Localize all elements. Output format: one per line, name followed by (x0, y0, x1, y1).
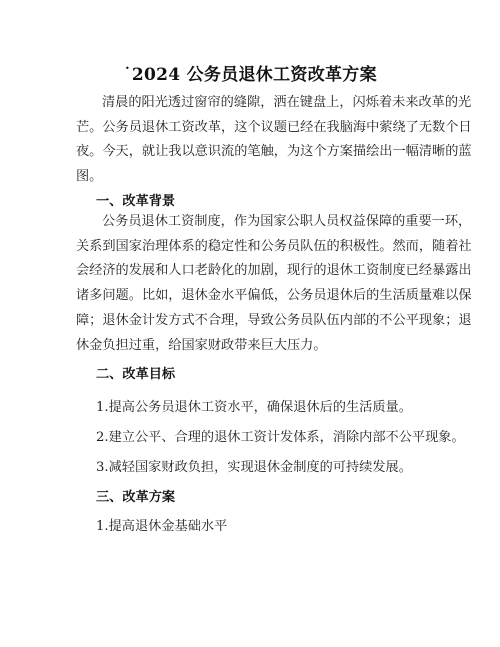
text-line: 休金负担过重，给国家财政带来巨大压力。 (76, 334, 426, 359)
goal-item: 1.提高公务员退休工资水平，确保退休后的生活质量。 (96, 396, 412, 415)
text-line: 夜。今天，就让我以意识流的笔触，为这个方案描绘出一幅清晰的蓝 (76, 140, 426, 165)
background-paragraph: 公务员退休工资制度，作为国家公职人员权益保障的重要一环， 关系到国家治理体系的稳… (76, 210, 426, 358)
section-heading-background: 一、改革背景 (96, 190, 175, 209)
text-line: 芒。公务员退休工资改革，这个议题已经在我脑海中萦绕了无数个日 (76, 116, 426, 141)
section-heading-plan: 三、改革方案 (96, 486, 175, 505)
text-line: 图。 (76, 165, 426, 190)
text-line: 关系到国家治理体系的稳定性和公务员队伍的积极性。然而，随着社 (76, 235, 426, 260)
plan-item: 1.提高退休金基础水平 (96, 515, 227, 534)
document-title: ˙2024 公务员退休工资改革方案 (0, 60, 500, 85)
goal-item: 2.建立公平、合理的退休工资计发体系，消除内部不公平现象。 (96, 426, 465, 445)
text-line: 清晨的阳光透过窗帘的缝隙，洒在键盘上，闪烁着未来改革的光 (76, 91, 426, 116)
text-line: 公务员退休工资制度，作为国家公职人员权益保障的重要一环， (76, 210, 426, 235)
section-heading-goals: 二、改革目标 (96, 363, 175, 382)
text-line: 诸多问题。比如，退休金水平偏低，公务员退休后的生活质量难以保 (76, 284, 426, 309)
document-page: ˙2024 公务员退休工资改革方案 清晨的阳光透过窗帘的缝隙，洒在键盘上，闪烁着… (0, 0, 500, 647)
intro-paragraph: 清晨的阳光透过窗帘的缝隙，洒在键盘上，闪烁着未来改革的光 芒。公务员退休工资改革… (76, 91, 426, 190)
text-line: 障；退休金计发方式不合理，导致公务员队伍内部的不公平现象；退 (76, 309, 426, 334)
goal-item: 3.减轻国家财政负担，实现退休金制度的可持续发展。 (96, 456, 412, 475)
text-line: 会经济的发展和人口老龄化的加剧，现行的退休工资制度已经暴露出 (76, 259, 426, 284)
